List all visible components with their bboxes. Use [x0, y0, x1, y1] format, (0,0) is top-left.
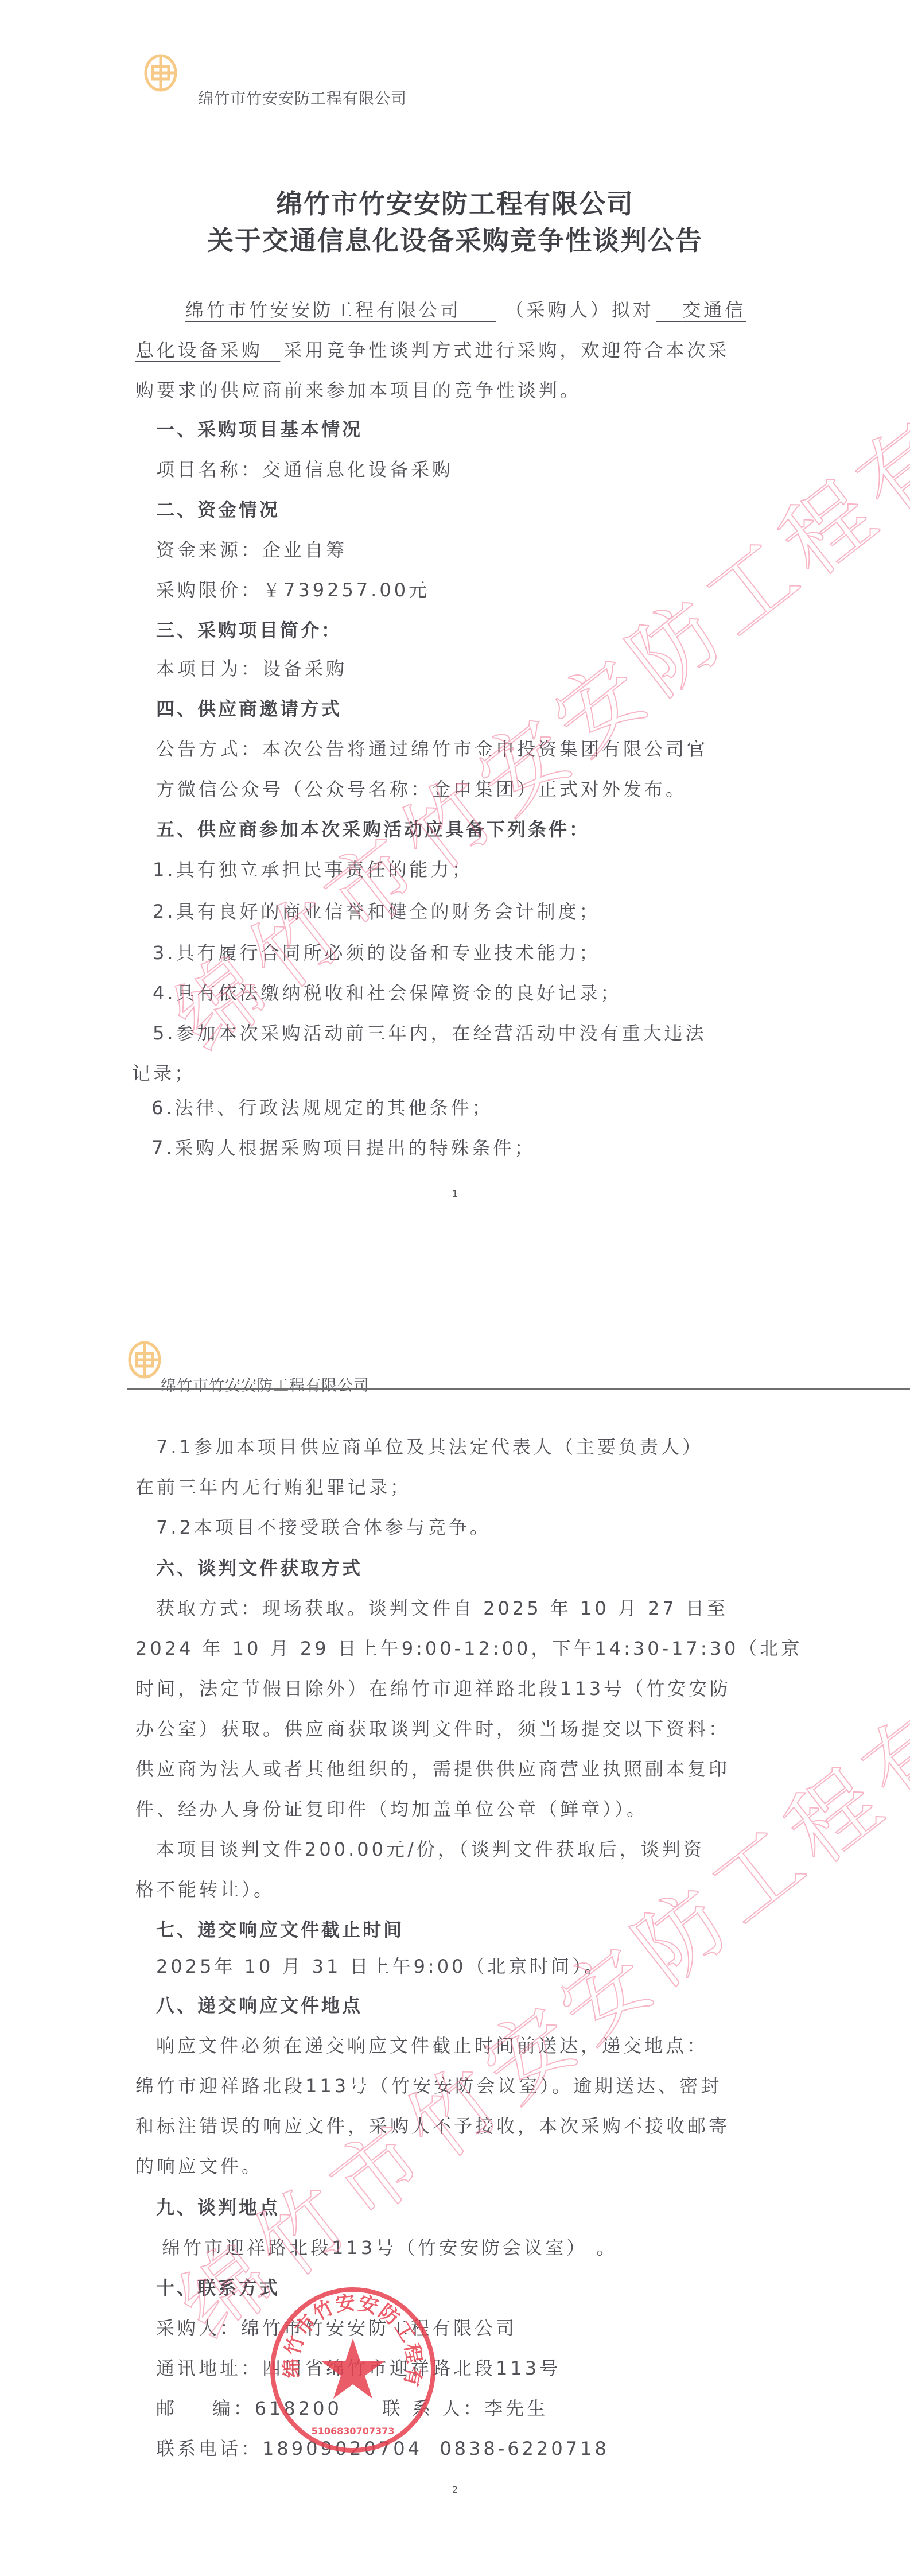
header-divider	[127, 1388, 910, 1390]
section-3-heading: 三、采购项目简介：	[156, 618, 342, 643]
condition-item-7-1-cont: 在前三年内无行贿犯罪记录；	[135, 1475, 411, 1500]
postcode-value: 618200	[255, 2397, 342, 2419]
invitation-line-1: 公告方式：本次公告将通过绵竹市金申投资集团有限公司官	[156, 736, 708, 762]
purchaser-name: 绵竹市竹安安防工程有限公司	[185, 299, 461, 321]
condition-item-7-2: 7.2本项目不接受联合体参与竞争。	[156, 1515, 491, 1540]
section-4-heading: 四、供应商邀请方式	[156, 696, 342, 721]
fund-source-field: 资金来源：企业自筹	[156, 537, 347, 562]
company-logo-icon	[127, 1340, 162, 1380]
condition-item-6: 6.法律、行政法规规定的其他条件；	[151, 1095, 493, 1120]
document-title-line-1: 绵竹市竹安安防工程有限公司	[0, 185, 910, 223]
project-name-part-2: 息化设备采购	[135, 339, 280, 361]
letterhead-company-name: 绵竹市竹安安防工程有限公司	[161, 1373, 370, 1395]
project-name-part-1: 交通信	[656, 299, 746, 321]
project-intro-content: 本项目为：设备采购	[156, 656, 347, 681]
price-limit-field: 采购限价：￥739257.00元	[156, 577, 430, 603]
deadline-content: 2025年 10 月 31 日上午9:00（北京时间）。	[156, 1954, 605, 1979]
condition-item-7-1: 7.1参加本项目供应商单位及其法定代表人（主要负责人）	[156, 1434, 703, 1460]
acquisition-line-2: 2024 年 10 月 29 日上午9:00-12:00，下午14:30-17:…	[135, 1636, 802, 1661]
address-label: 通讯地址：	[156, 2357, 262, 2379]
condition-item-5: 5.参加本次采购活动前三年内，在经营活动中没有重大违法	[153, 1021, 707, 1046]
section-10-heading: 十、联系方式	[156, 2275, 280, 2300]
section-5-heading: 五、供应商参加本次采购活动应具备下列条件：	[156, 817, 590, 842]
acquisition-line-6: 件、经办人身份证复印件（均加盖单位公章（鲜章））。	[135, 1797, 648, 1822]
negotiation-location: 绵竹市迎祥路北段113号（竹安安防会议室） 。	[162, 2235, 617, 2260]
section-8-heading: 八、递交响应文件地点	[156, 1993, 363, 2018]
intro-line-2: 息化设备采购 采用竞争性谈判方式进行采购，欢迎符合本次采	[135, 337, 729, 363]
section-9-heading: 九、谈判地点	[156, 2195, 280, 2220]
document-page-1: 绵竹市竹安安防工程有限公司 绵竹市竹安安防工程有限公司 关于交通信息化设备采购竞…	[0, 0, 910, 1288]
purchaser-underline-pad	[461, 299, 496, 321]
letterhead: 绵竹市竹安安防工程有限公司	[143, 53, 660, 116]
acquisition-line-5: 供应商为法人或者其他组织的，需提供供应商营业执照副本复印	[135, 1756, 730, 1782]
address-value: 四川省绵竹市迎祥路北段113号	[262, 2357, 561, 2379]
document-page-2: 绵竹市竹安安防工程有限公司 7.1参加本项目供应商单位及其法定代表人（主要负责人…	[0, 1288, 910, 2576]
contact-purchaser: 采购人：绵竹市竹安安防工程有限公司	[156, 2315, 517, 2341]
section-7-heading: 七、递交响应文件截止时间	[156, 1917, 404, 1942]
condition-item-2: 2.具有良好的商业信誉和健全的财务会计制度；	[153, 899, 601, 924]
contact-person-label: 联 系 人：	[382, 2397, 484, 2419]
intro-line-2-text: 采用竞争性谈判方式进行采购，欢迎符合本次采	[283, 339, 729, 361]
acquisition-line-4: 办公室）获取。供应商获取谈判文件时，须当场提交以下资料：	[135, 1716, 730, 1741]
purchaser-label: 采购人：	[156, 2317, 241, 2339]
contact-person-value: 李先生	[484, 2397, 548, 2419]
section-2-heading: 二、资金情况	[156, 497, 280, 522]
page-number-2: 2	[0, 2484, 910, 2495]
submission-line-2: 绵竹市迎祥路北段113号（竹安安防会议室）。逾期送达、密封	[135, 2073, 722, 2098]
contact-address: 通讯地址：四川省绵竹市迎祥路北段113号	[156, 2356, 561, 2381]
submission-line-3: 和标注错误的响应文件，采购人不予接收，本次采购不接收邮寄	[135, 2113, 730, 2139]
intro-line-1: 绵竹市竹安安防工程有限公司 （采购人）拟对 交通信	[185, 297, 746, 323]
seal-number: 5106830707373	[312, 2426, 395, 2437]
postcode-label: 邮 编：	[156, 2397, 255, 2419]
submission-line-4: 的响应文件。	[135, 2154, 263, 2179]
invitation-line-2: 方微信公众号（公众号名称：金申集团）正式对外发布。	[156, 777, 687, 802]
letterhead: 绵竹市竹安安防工程有限公司	[127, 1340, 644, 1403]
project-name-field: 项目名称：交通信息化设备采购	[156, 457, 453, 482]
purchaser-value: 绵竹市竹安安防工程有限公司	[241, 2317, 517, 2339]
acquisition-line-3: 时间，法定节假日除外）在绵竹市迎祥路北段113号（竹安安防	[135, 1676, 731, 1701]
phone-value: 18909020704 0838-6220718	[262, 2438, 609, 2459]
document-fee-line-cont: 格不能转让）。	[135, 1877, 275, 1902]
condition-item-1: 1.具有独立承担民事责任的能力；	[153, 857, 473, 882]
document-fee-line: 本项目谈判文件200.00元/份，（谈判文件获取后，谈判资	[156, 1837, 705, 1862]
intro-line-3: 购要求的供应商前来参加本项目的竞争性谈判。	[135, 378, 581, 403]
acquisition-line-1: 获取方式：现场获取。谈判文件自 2025 年 10 月 27 日至	[156, 1596, 728, 1621]
document-title-line-2: 关于交通信息化设备采购竞争性谈判公告	[0, 222, 910, 259]
page-number-1: 1	[0, 1188, 910, 1199]
contact-phone: 联系电话：18909020704 0838-6220718	[156, 2436, 609, 2461]
letterhead-company-name: 绵竹市竹安安防工程有限公司	[198, 86, 407, 108]
purchaser-suffix: （采购人）拟对	[505, 299, 654, 321]
condition-item-7: 7.采购人根据采购项目提出的特殊条件；	[151, 1135, 536, 1161]
condition-item-4: 4.具有依法缴纳税收和社会保障资金的良好记录；	[153, 980, 622, 1006]
section-6-heading: 六、谈判文件获取方式	[156, 1555, 363, 1581]
phone-label: 联系电话：	[156, 2438, 262, 2459]
condition-item-3: 3.具有履行合同所必须的设备和专业技术能力；	[153, 940, 601, 965]
condition-item-5-cont: 记录；	[132, 1061, 196, 1086]
contact-postcode-person: 邮 编：618200联 系 人：李先生	[156, 2396, 548, 2421]
company-logo-icon	[143, 53, 178, 93]
submission-line-1: 响应文件必须在递交响应文件截止时间前送达，递交地点：	[156, 2033, 708, 2058]
section-1-heading: 一、采购项目基本情况	[156, 417, 363, 442]
